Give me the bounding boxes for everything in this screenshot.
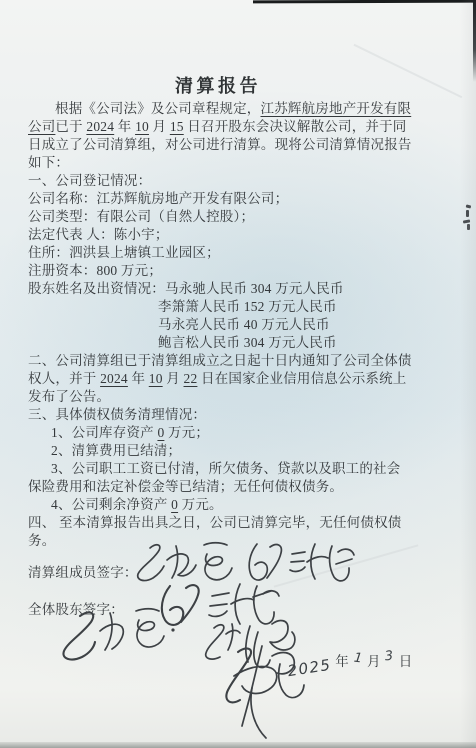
text-segment: 根据《公司法》及公司章程规定， <box>55 101 261 116</box>
document-title: 清算报告 <box>28 72 408 98</box>
signature-shareholder-li-xiaoxiao <box>226 646 304 738</box>
company-name-line: 公司名称：江苏辉航房地产开发有限公司； <box>28 190 458 208</box>
underlined-text: 江苏辉航房地产开发有限 <box>261 101 412 116</box>
scanned-liquidation-report: 清算报告 根据《公司法》及公司章程规定，江苏辉航房地产开发有限 公司已于 202… <box>0 0 476 748</box>
handwritten-signatures <box>0 520 476 748</box>
underlined-text: 2024 <box>86 119 114 134</box>
text-segment: 4、公司剩余净资产 <box>51 497 171 512</box>
scan-edge-speck <box>467 224 470 230</box>
settlement-item-3-line-1: 3、公司职工工资已付清，所欠债务、贷款以及职工的社会 <box>28 460 458 478</box>
address-line: 住所：泗洪县上塘镇工业园区； <box>28 244 458 262</box>
text-segment: 已于 <box>55 119 86 134</box>
text-segment: 权人，并于 <box>28 371 100 386</box>
underlined-text: 15 <box>170 119 184 134</box>
text-segment: 1、公司库存资产 <box>51 425 157 440</box>
signature-shareholder-ma-yongchi <box>206 621 295 668</box>
signature-shareholder-ma-yongliang <box>63 609 174 660</box>
scan-edge-speck <box>466 210 469 217</box>
signature-member-ma-yongliang <box>138 543 232 581</box>
underlined-text: 10 <box>149 371 163 386</box>
company-type-line: 公司类型：有限公司（自然人控股）； <box>28 208 458 226</box>
underlined-text: 22 <box>184 371 198 386</box>
underlined-text: 公司 <box>28 119 55 134</box>
settlement-item-2: 2、清算费用已结清； <box>28 442 458 460</box>
settlement-item-3-line-2: 保险费用和法定补偿金等已结清；无任何债权债务。 <box>28 478 458 496</box>
signature-member-bao-yansong <box>249 544 354 581</box>
settlement-item-1: 1、公司库存资产 0 万元； <box>28 424 458 442</box>
text-segment: 万元； <box>164 425 209 440</box>
shareholder-line-1: 股东姓名及出资情况：马永驰人民币 304 万元人民币 <box>28 280 458 298</box>
text-segment: 月 <box>163 371 184 386</box>
notice-line-2: 权人，并于 2024 年 10 月 22 日在国家企业信用信息公示系统上 <box>28 370 458 388</box>
underlined-text: 2024 <box>100 371 128 386</box>
shareholder-line-4: 鲍言松人民币 304 万元人民币 <box>28 334 458 352</box>
shareholder-line-2: 李箫箫人民币 152 万元人民币 <box>28 298 458 316</box>
signature-shareholder-bao-yansong <box>162 584 279 625</box>
document-body: 根据《公司法》及公司章程规定，江苏辉航房地产开发有限 公司已于 2024 年 1… <box>28 100 458 550</box>
text-segment: 日召开股东会决议解散公司，并于同 <box>184 119 407 134</box>
registration-heading: 一、公司登记情况： <box>28 172 458 190</box>
legal-rep-line: 法定代表 人：陈小宇； <box>28 226 458 244</box>
text-segment: 月 <box>149 119 170 134</box>
text-segment: 日在国家企业信用信息公示系统上 <box>197 371 406 386</box>
shareholder-line-3: 马永亮人民币 40 万元人民币 <box>28 316 458 334</box>
notice-line-1: 二、公司清算组已于清算组成立之日起十日内通知了公司全体债 <box>28 352 458 370</box>
intro-line-3: 日成立了公司清算组，对公司进行清算。现将公司清算情况报告 <box>28 136 458 154</box>
text-segment: 年 <box>128 371 149 386</box>
capital-line: 注册资本：800 万元； <box>28 262 458 280</box>
settlement-item-4: 4、公司剩余净资产 0 万元。 <box>28 496 458 514</box>
text-segment: 年 <box>114 119 135 134</box>
settlement-heading: 三、具体债权债务清理情况： <box>28 406 458 424</box>
text-segment: 万元。 <box>178 497 223 512</box>
intro-line-1: 根据《公司法》及公司章程规定，江苏辉航房地产开发有限 <box>28 100 458 118</box>
notice-line-3: 发布了公告。 <box>28 388 458 406</box>
underlined-text: 10 <box>135 119 149 134</box>
scan-edge-top-line <box>253 0 476 3</box>
intro-line-4: 如下： <box>28 154 458 172</box>
intro-line-2: 公司已于 2024 年 10 月 15 日召开股东会决议解散公司，并于同 <box>28 118 458 136</box>
